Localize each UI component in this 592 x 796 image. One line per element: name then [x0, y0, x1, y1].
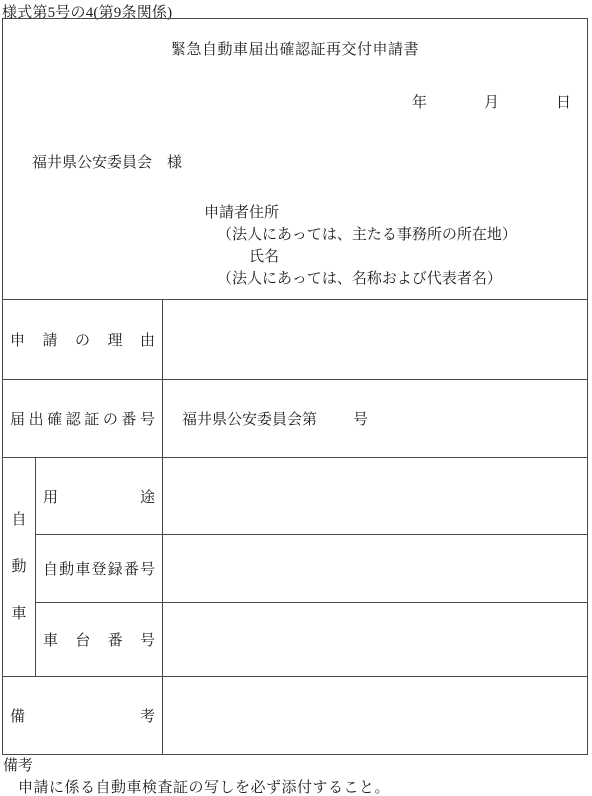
cert-number-label: 届出確認証の番号	[10, 408, 155, 429]
cert-number-prefix: 福井県公安委員会第	[182, 412, 317, 428]
remarks-label-cell: 備考	[3, 677, 163, 755]
vehicle-group-cell: 自動車	[3, 458, 36, 677]
reason-label: 申請の理由	[10, 329, 155, 350]
vehicle-use-value-cell	[163, 458, 588, 535]
cert-number-suffix: 号	[353, 408, 368, 429]
date-line: 年 月 日	[412, 91, 571, 112]
applicant-name-label: 氏名	[249, 246, 517, 268]
applicant-name-corp-note: （法人にあっては、名称および代表者名）	[217, 268, 517, 290]
date-year-label: 年	[412, 91, 427, 112]
applicant-address-label: 申請者住所	[204, 202, 517, 224]
vehicle-registration-label-cell: 自動車登録番号	[36, 535, 163, 603]
vehicle-use-label-cell: 用途	[36, 458, 163, 535]
vehicle-chassis-value-cell	[163, 603, 588, 677]
remarks-value-cell	[163, 677, 588, 755]
vehicle-use-label: 用途	[43, 486, 155, 507]
addressee: 福井県公安委員会 様	[32, 151, 182, 172]
footer-note-1: 申請に係る自動車検査証の写しを必ず添付すること。	[18, 777, 390, 796]
applicant-block: 申請者住所 （法人にあっては、主たる事務所の所在地） 氏名 （法人にあっては、名…	[204, 202, 517, 290]
date-day-label: 日	[556, 91, 571, 112]
vehicle-chassis-label: 車台番号	[43, 629, 155, 650]
footer-notes-title: 備考	[3, 755, 390, 777]
vehicle-registration-label: 自動車登録番号	[43, 558, 155, 579]
form-page: 様式第5号の4(第9条関係) 緊急自動車届出確認証再交付申請書 年 月 日 福井…	[0, 0, 592, 796]
cert-number-value-cell: 福井県公安委員会第号	[163, 380, 588, 458]
vehicle-group-label: 自動車	[11, 497, 28, 638]
vehicle-chassis-label-cell: 車台番号	[36, 603, 163, 677]
cert-number-label-cell: 届出確認証の番号	[3, 380, 163, 458]
application-form-table: 緊急自動車届出確認証再交付申請書 年 月 日 福井県公安委員会 様 申請者住所 …	[2, 18, 588, 755]
date-month-label: 月	[484, 91, 499, 112]
page-title: 緊急自動車届出確認証再交付申請書	[3, 38, 587, 59]
form-header-cell: 緊急自動車届出確認証再交付申請書 年 月 日 福井県公安委員会 様 申請者住所 …	[3, 19, 588, 300]
footer-notes: 備考 申請に係る自動車検査証の写しを必ず添付すること。	[3, 755, 390, 796]
remarks-label: 備考	[10, 705, 155, 726]
reason-value-cell	[163, 300, 588, 380]
reason-label-cell: 申請の理由	[3, 300, 163, 380]
vehicle-registration-value-cell	[163, 535, 588, 603]
applicant-address-corp-note: （法人にあっては、主たる事務所の所在地）	[217, 224, 517, 246]
